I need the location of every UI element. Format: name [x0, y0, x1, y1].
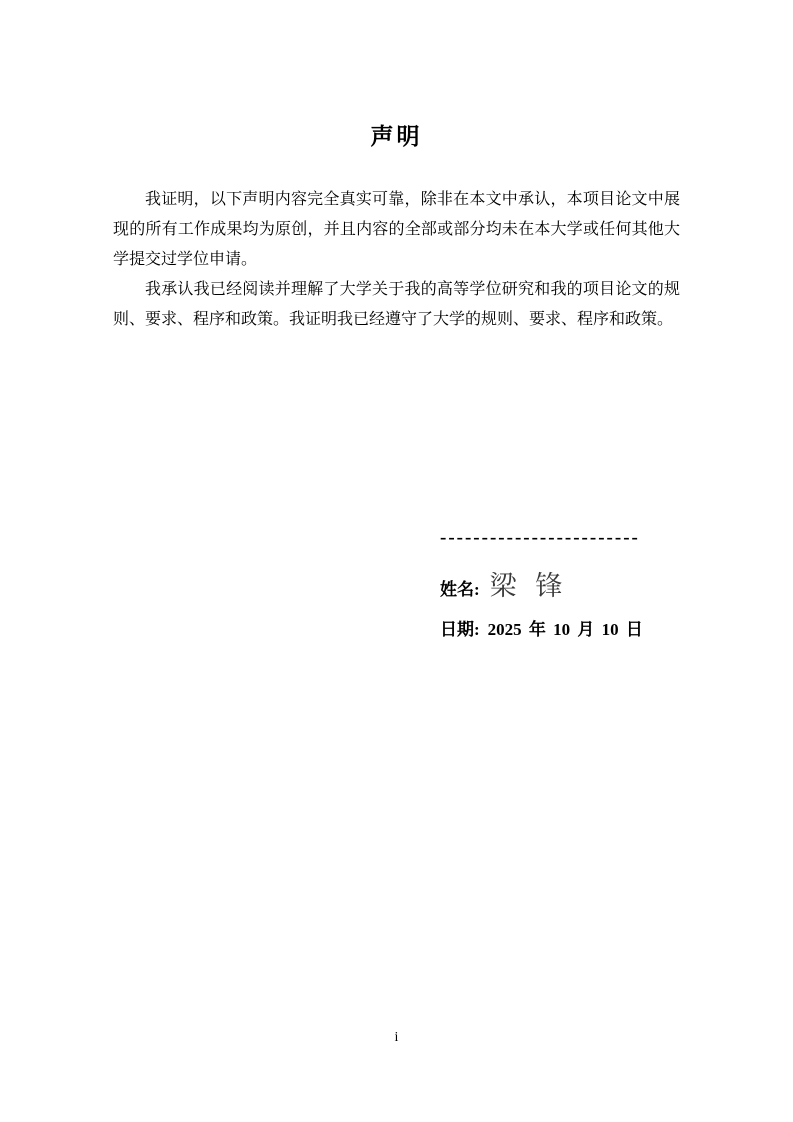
declaration-page: 声明 我证明，以下声明内容完全真实可靠，除非在本文中承认，本项目论文中展现的所有…	[0, 0, 793, 1122]
page-number: i	[0, 1030, 793, 1046]
signature-name-value: 梁 锋	[490, 564, 563, 603]
declaration-body: 我证明，以下声明内容完全真实可靠，除非在本文中承认，本项目论文中展现的所有工作成…	[113, 185, 680, 335]
signature-date-value: 2025 年 10 月 10 日	[488, 615, 643, 640]
name-label: 姓名:	[440, 575, 480, 600]
signature-line: ------------------------	[440, 528, 700, 548]
signature-block: ------------------------ 姓名: 梁 锋 日期: 202…	[440, 528, 700, 640]
page-title: 声明	[0, 0, 793, 151]
signature-name-row: 姓名: 梁 锋	[440, 564, 700, 603]
declaration-paragraph-2: 我承认我已经阅读并理解了大学关于我的高等学位研究和我的项目论文的规则、要求、程序…	[113, 275, 680, 335]
date-label: 日期:	[440, 615, 480, 640]
declaration-paragraph-1: 我证明，以下声明内容完全真实可靠，除非在本文中承认，本项目论文中展现的所有工作成…	[113, 185, 680, 275]
signature-date-row: 日期: 2025 年 10 月 10 日	[440, 615, 700, 640]
